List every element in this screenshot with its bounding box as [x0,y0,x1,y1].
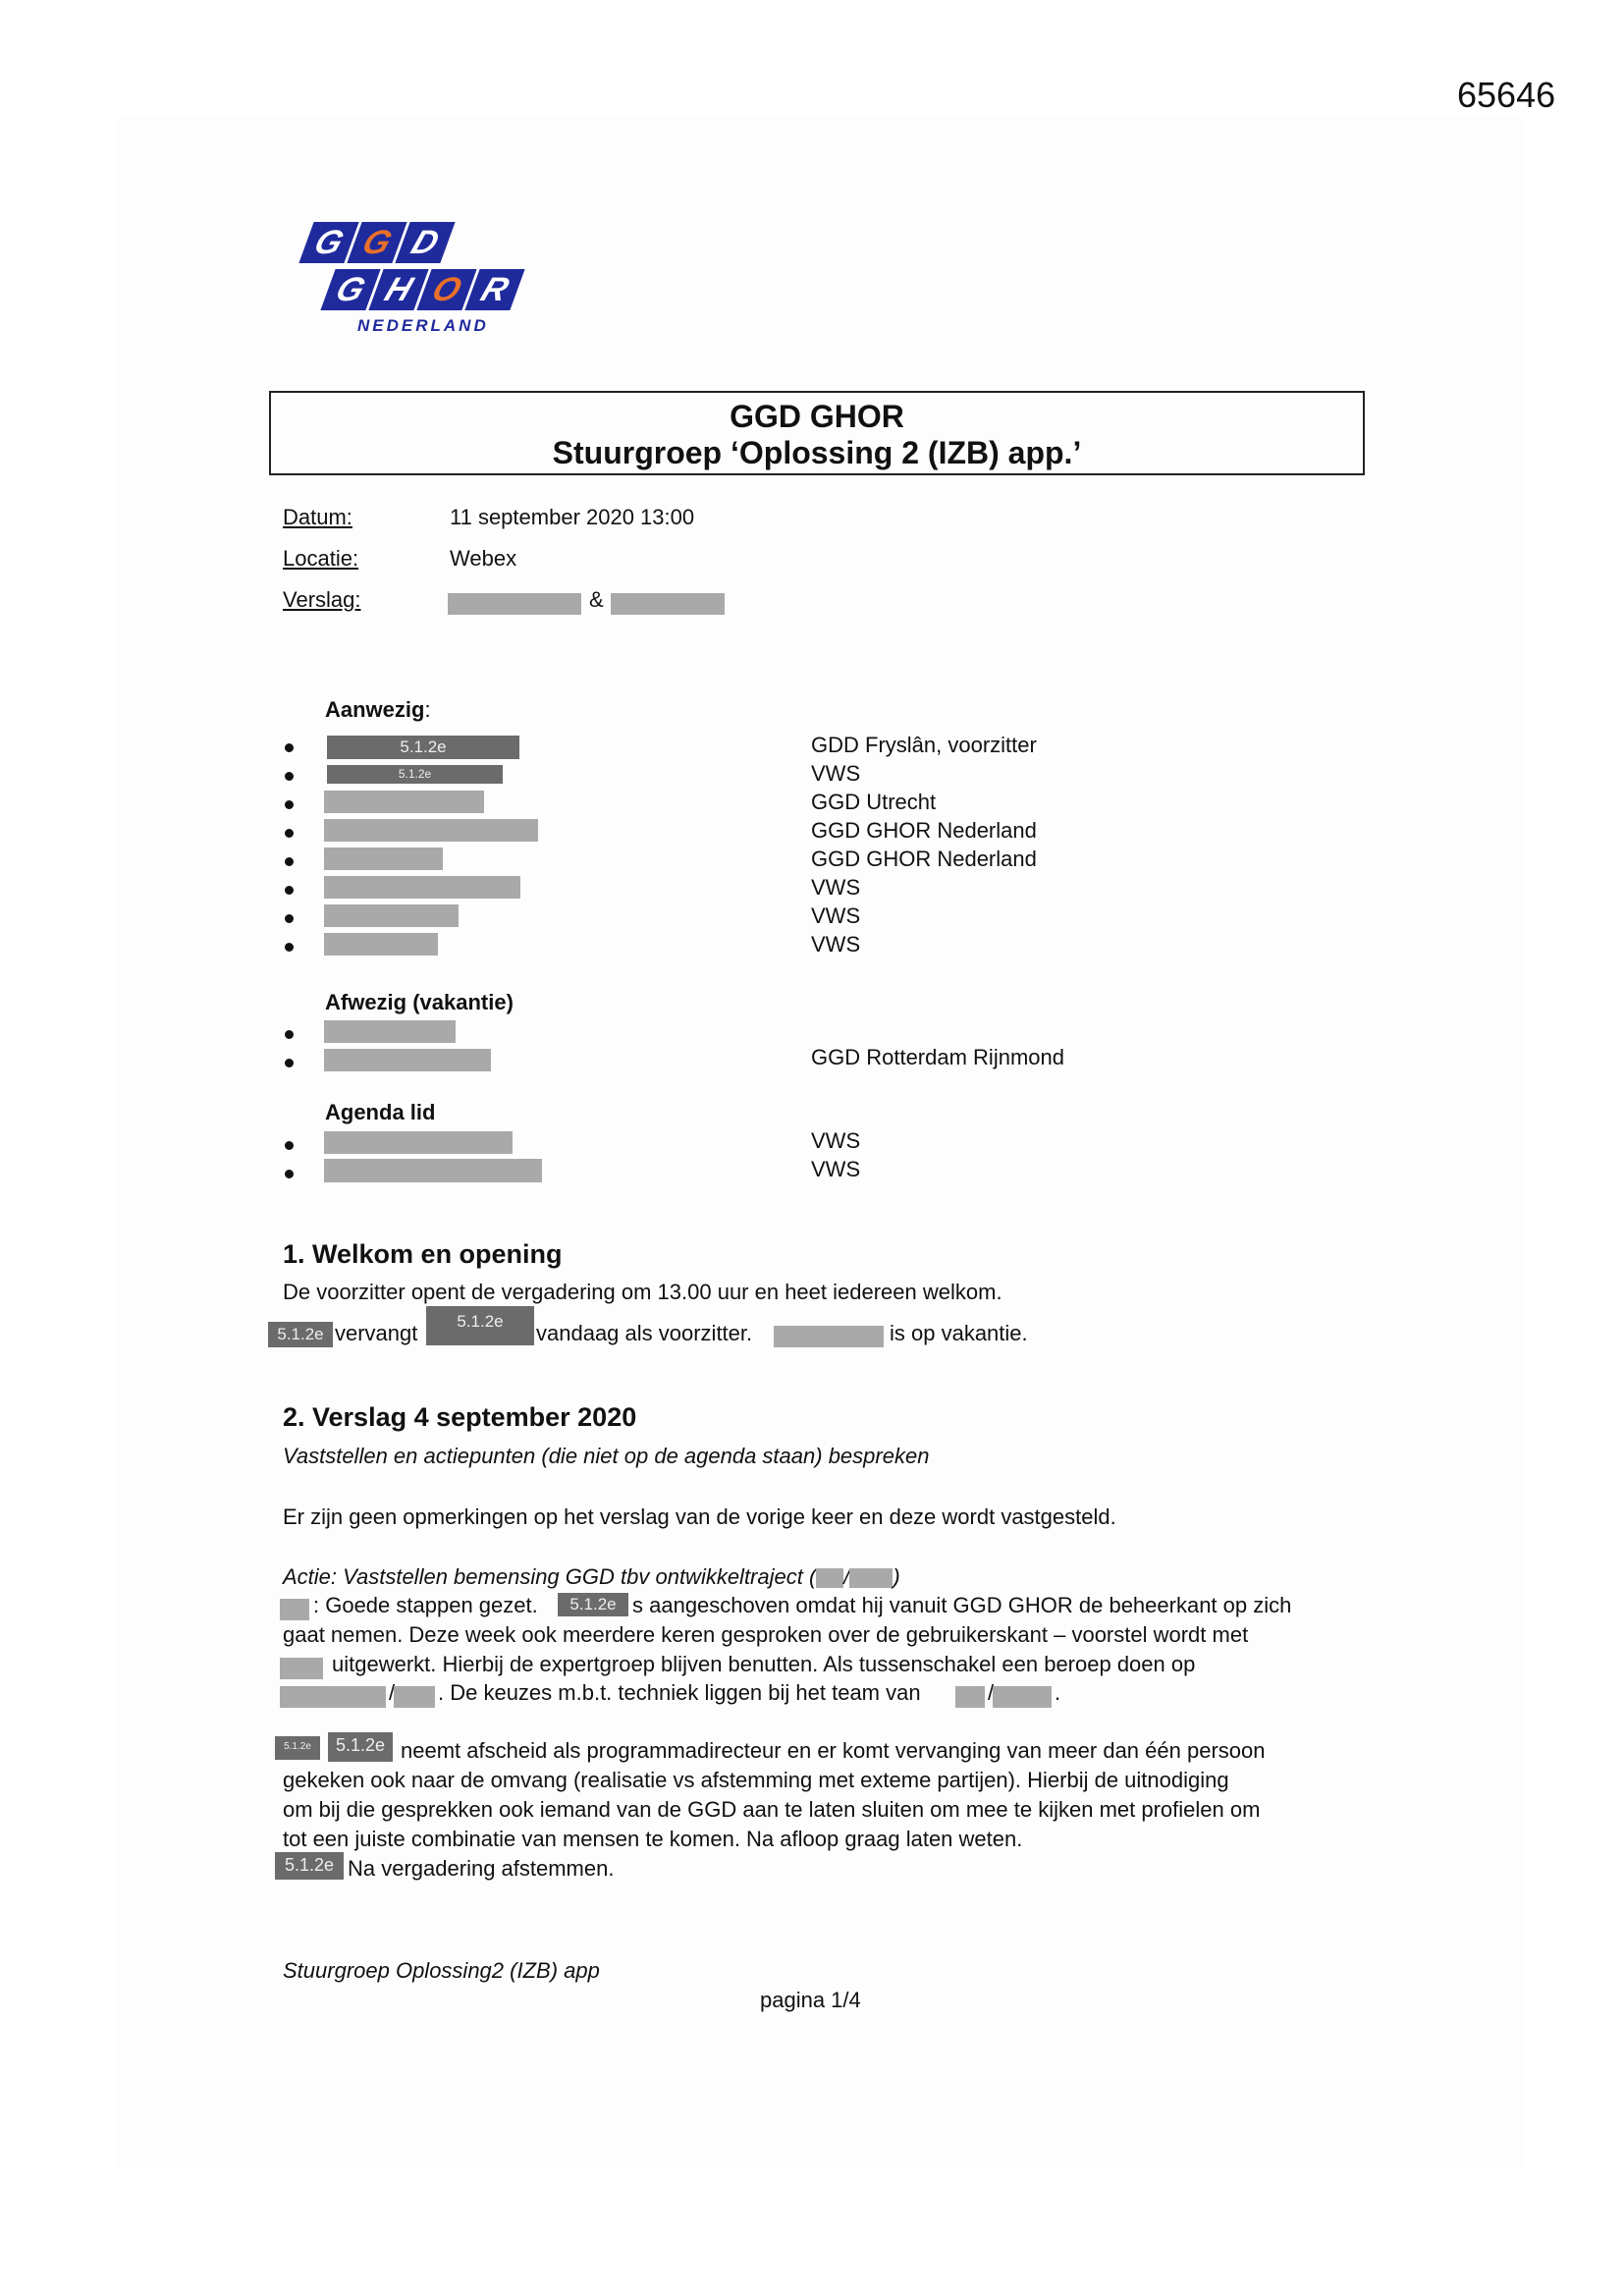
bullet [285,1030,294,1039]
redaction-label: 5.1.2e [275,1852,344,1880]
logo-subtitle: NEDERLAND [357,316,489,336]
agenda-member-label: Agenda lid [325,1100,435,1125]
footer-title: Stuurgroep Oplossing2 (IZB) app [283,1958,600,1984]
attendee-org: VWS [811,932,860,957]
redaction-label: 5.1.2e [558,1593,628,1616]
attendee-org: VWS [811,903,860,929]
redaction [448,593,581,615]
redaction [280,1658,323,1679]
bullet [285,914,294,923]
agenda-org: VWS [811,1128,860,1154]
bullet [285,886,294,895]
redaction-label: 5.1.2e [275,1736,320,1760]
redaction [774,1326,884,1347]
bullet [285,1170,294,1178]
redaction [280,1599,309,1620]
bullet [285,743,294,752]
absent-org: GGD Rotterdam Rijnmond [811,1045,1064,1070]
redaction [324,791,484,813]
bullet [285,943,294,952]
attendee-org: GGD GHOR Nederland [811,847,1037,872]
redaction [324,904,459,927]
document-number: 65646 [1457,75,1555,116]
redaction [324,1020,456,1043]
redaction-label: 5.1.2e [327,765,503,784]
redaction [324,819,538,842]
attendee-org: GGD GHOR Nederland [811,818,1037,844]
redaction [324,933,438,956]
redaction [324,876,520,899]
ggd-ghor-logo: G G D G H O R NEDERLAND [306,222,522,340]
present-label: Aanwezig: [325,697,431,723]
bullet [285,1141,294,1150]
absent-label: Afwezig (vakantie) [325,990,514,1015]
section-1-heading: 1. Welkom en opening [283,1239,563,1270]
redaction [324,847,443,870]
action-title: Actie: Vaststellen bemensing GGD tbv ont… [283,1562,900,1592]
redaction [611,593,725,615]
attendee-org: VWS [811,875,860,901]
attendee-org: GDD Fryslân, voorzitter [811,733,1037,758]
section-2-heading: 2. Verslag 4 september 2020 [283,1402,636,1433]
title-line-2: Stuurgroep ‘Oplossing 2 (IZB) app.’ [271,434,1363,471]
attendee-org: VWS [811,761,860,787]
bullet [285,857,294,866]
page-number: pagina 1/4 [760,1988,861,2013]
redaction [394,1686,435,1708]
agenda-org: VWS [811,1157,860,1182]
redaction-label: 5.1.2e [426,1306,534,1345]
redaction [993,1686,1052,1708]
section-2-para: Er zijn geen opmerkingen op het verslag … [283,1503,1116,1532]
title-line-1: GGD GHOR [271,399,1363,434]
section-1-text: De voorzitter opent de vergadering om 13… [283,1278,1002,1307]
redaction-label: 5.1.2e [268,1322,333,1347]
bullet [285,829,294,838]
redaction-label: 5.1.2e [327,736,519,759]
redaction [955,1686,985,1708]
redaction-label: 5.1.2e [328,1732,393,1762]
redaction [280,1686,386,1708]
redaction [324,1159,542,1182]
redaction [324,1131,513,1154]
section-2-subtitle: Vaststellen en actiepunten (die niet op … [283,1442,929,1471]
bullet [285,772,294,781]
bullet [285,800,294,809]
bullet [285,1059,294,1067]
title-box: GGD GHOR Stuurgroep ‘Oplossing 2 (IZB) a… [269,391,1365,475]
redaction [324,1049,491,1071]
attendee-org: GGD Utrecht [811,790,936,815]
